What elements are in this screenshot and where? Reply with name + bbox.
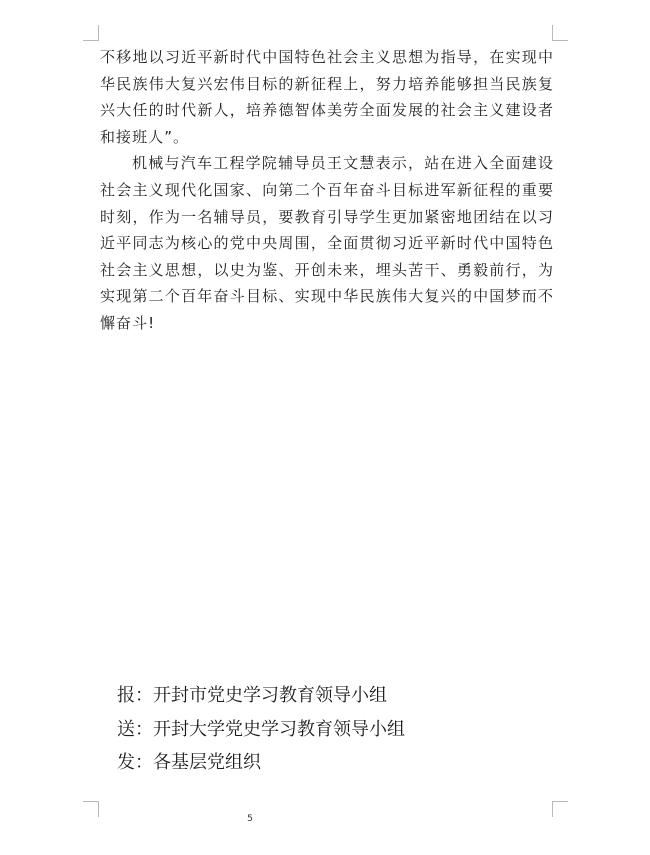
paragraph-continuation: 不移地以习近平新时代中国特色社会主义思想为指导，在实现中华民族伟大复兴宏伟目标的… [100, 44, 554, 150]
paragraph-counselor-statement: 机械与汽车工程学院辅导员王文慧表示，站在进入全面建设社会主义现代化国家、向第二个… [100, 150, 554, 336]
distribution-issued-to: 发：各基层党组织 [117, 746, 405, 780]
document-page: 不移地以习近平新时代中国特色社会主义思想为指导，在实现中华民族伟大复兴宏伟目标的… [0, 0, 650, 855]
margin-corner-mark-top-right [552, 25, 568, 41]
distribution-value: 开封市党史学习教育领导小组 [153, 685, 387, 706]
body-text: 不移地以习近平新时代中国特色社会主义思想为指导，在实现中华民族伟大复兴宏伟目标的… [100, 44, 554, 337]
distribution-label: 送： [117, 719, 153, 740]
margin-corner-mark-bottom-right [552, 801, 568, 817]
distribution-list: 报：开封市党史学习教育领导小组 送：开封大学党史学习教育领导小组 发：各基层党组… [117, 679, 405, 780]
distribution-send-to: 送：开封大学党史学习教育领导小组 [117, 713, 405, 747]
distribution-label: 发： [117, 752, 153, 773]
distribution-value: 开封大学党史学习教育领导小组 [153, 719, 405, 740]
page-number: 5 [240, 814, 260, 824]
distribution-value: 各基层党组织 [153, 752, 261, 773]
margin-corner-mark-bottom-left [83, 801, 99, 817]
distribution-report-to: 报：开封市党史学习教育领导小组 [117, 679, 405, 713]
distribution-label: 报： [117, 685, 153, 706]
margin-corner-mark-top-left [83, 25, 99, 41]
